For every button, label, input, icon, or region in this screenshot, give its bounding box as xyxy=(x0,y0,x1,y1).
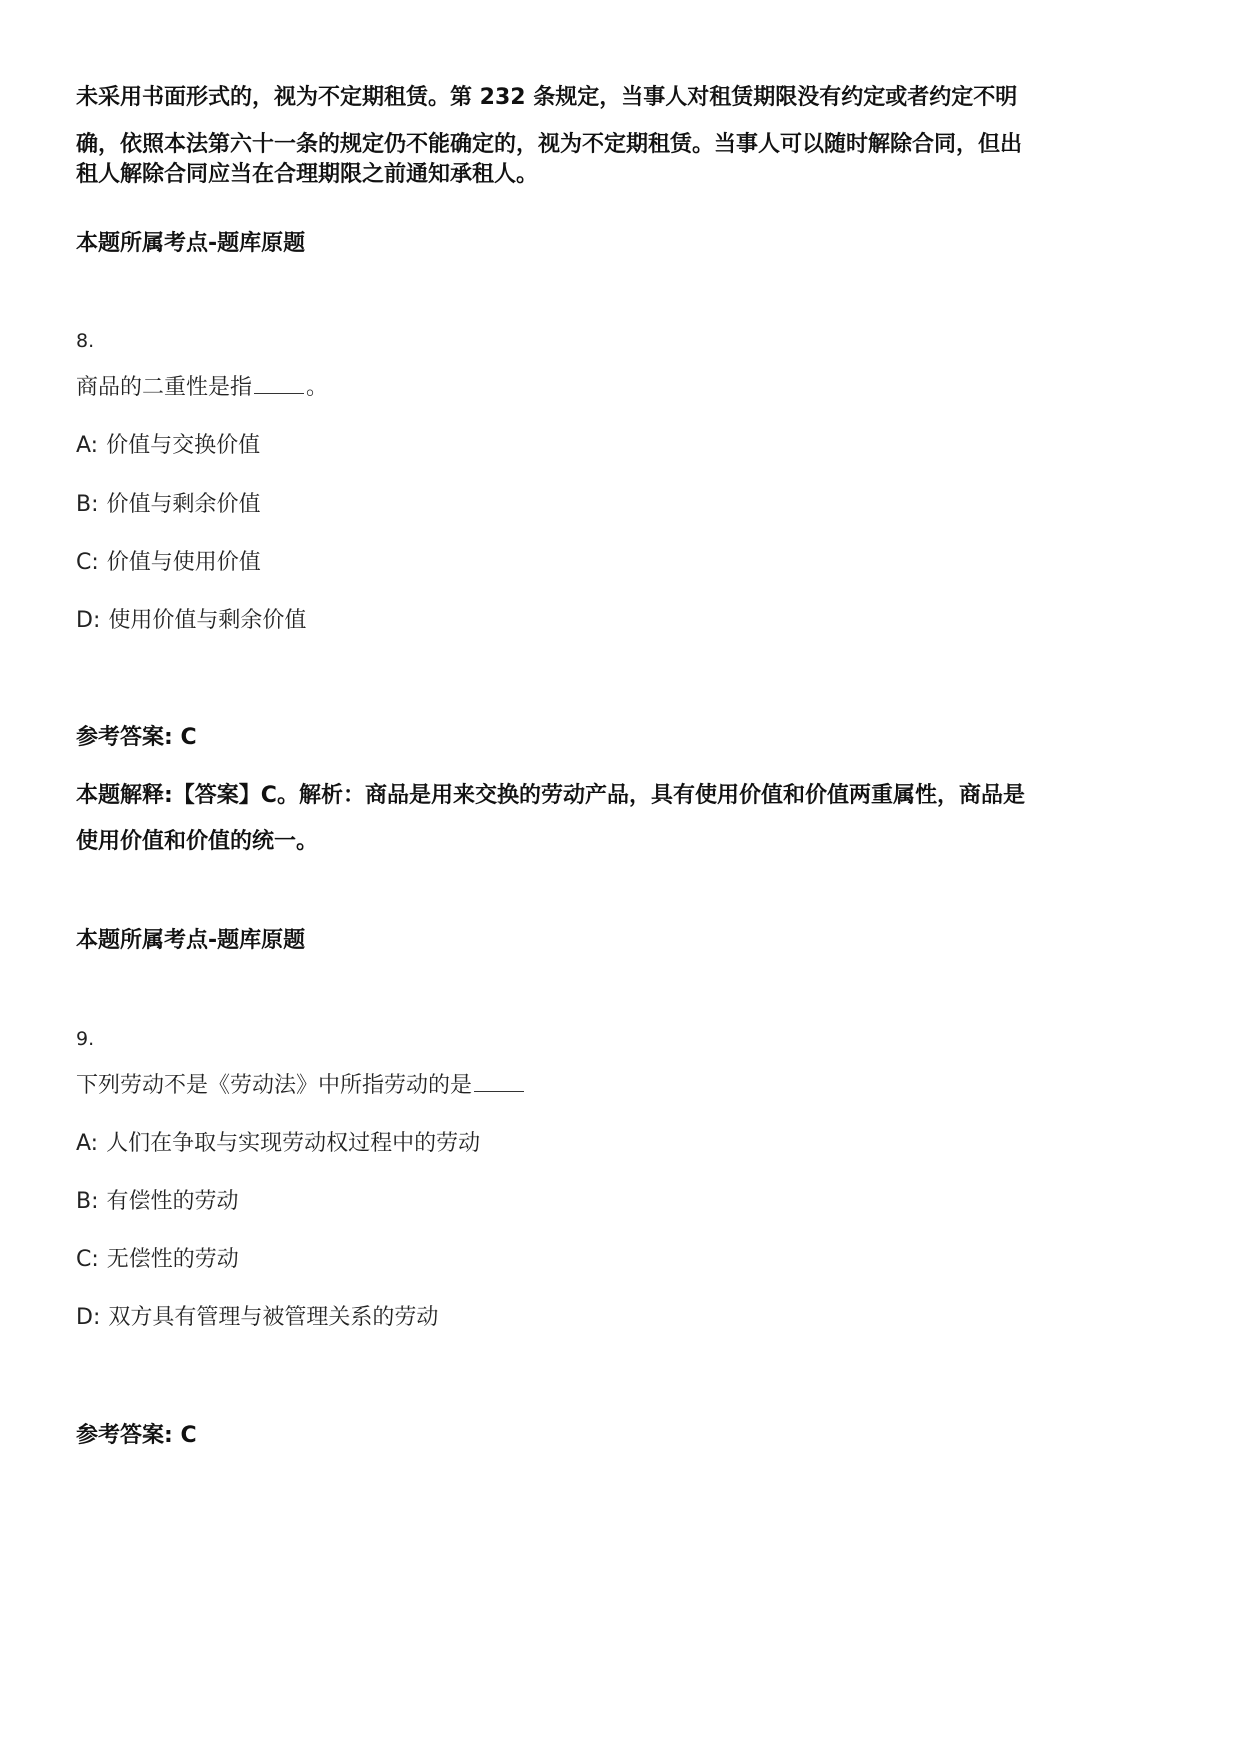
answer-blank xyxy=(254,392,304,394)
reference-answer: 参考答案: C xyxy=(76,1418,197,1449)
explanation-line-1: 本题解释:【答案】C。解析：商品是用来交换的劳动产品，具有使用价值和价值两重属性… xyxy=(76,778,1025,809)
option-text: 价值与剩余价值 xyxy=(107,492,261,517)
option-text: 价值与使用价值 xyxy=(107,550,261,575)
option-letter: B: xyxy=(76,492,99,517)
option-d: D:双方具有管理与被管理关系的劳动 xyxy=(76,1300,438,1331)
question-stem-end: 。 xyxy=(306,375,328,400)
option-letter: D: xyxy=(76,1305,100,1330)
option-text: 人们在争取与实现劳动权过程中的劳动 xyxy=(106,1131,480,1156)
prev-topic-label: 本题所属考点-题库原题 xyxy=(76,226,305,257)
option-text: 使用价值与剩余价值 xyxy=(108,608,306,633)
question-number: 9. xyxy=(76,1028,94,1050)
question-stem: 商品的二重性是指。 xyxy=(76,370,328,401)
option-letter: B: xyxy=(76,1189,99,1214)
option-c: C:价值与使用价值 xyxy=(76,545,261,576)
option-b: B:有偿性的劳动 xyxy=(76,1184,239,1215)
option-text: 无偿性的劳动 xyxy=(107,1247,239,1272)
option-text: 有偿性的劳动 xyxy=(107,1189,239,1214)
option-b: B:价值与剩余价值 xyxy=(76,487,261,518)
prev-explanation-line-3: 租人解除合同应当在合理期限之前通知承租人。 xyxy=(76,157,538,188)
option-letter: A: xyxy=(76,1131,98,1156)
question-stem-text: 下列劳动不是《劳动法》中所指劳动的是 xyxy=(76,1073,472,1098)
option-d: D:使用价值与剩余价值 xyxy=(76,603,306,634)
option-letter: A: xyxy=(76,433,98,458)
option-letter: D: xyxy=(76,608,100,633)
reference-answer: 参考答案: C xyxy=(76,720,197,751)
answer-blank xyxy=(474,1090,524,1092)
explanation-line-2: 使用价值和价值的统一。 xyxy=(76,824,318,855)
option-letter: C: xyxy=(76,1247,99,1272)
option-text: 价值与交换价值 xyxy=(106,433,260,458)
option-a: A:人们在争取与实现劳动权过程中的劳动 xyxy=(76,1126,480,1157)
prev-explanation-line-2: 确，依照本法第六十一条的规定仍不能确定的，视为不定期租赁。当事人可以随时解除合同… xyxy=(76,127,1022,158)
topic-label: 本题所属考点-题库原题 xyxy=(76,923,305,954)
option-a: A:价值与交换价值 xyxy=(76,428,260,459)
option-letter: C: xyxy=(76,550,99,575)
option-c: C:无偿性的劳动 xyxy=(76,1242,239,1273)
option-text: 双方具有管理与被管理关系的劳动 xyxy=(108,1305,438,1330)
question-stem-text: 商品的二重性是指 xyxy=(76,375,252,400)
prev-explanation-line-1: 未采用书面形式的，视为不定期租赁。第 232 条规定，当事人对租赁期限没有约定或… xyxy=(76,80,1017,111)
question-stem: 下列劳动不是《劳动法》中所指劳动的是 xyxy=(76,1068,526,1099)
question-number: 8. xyxy=(76,330,94,352)
